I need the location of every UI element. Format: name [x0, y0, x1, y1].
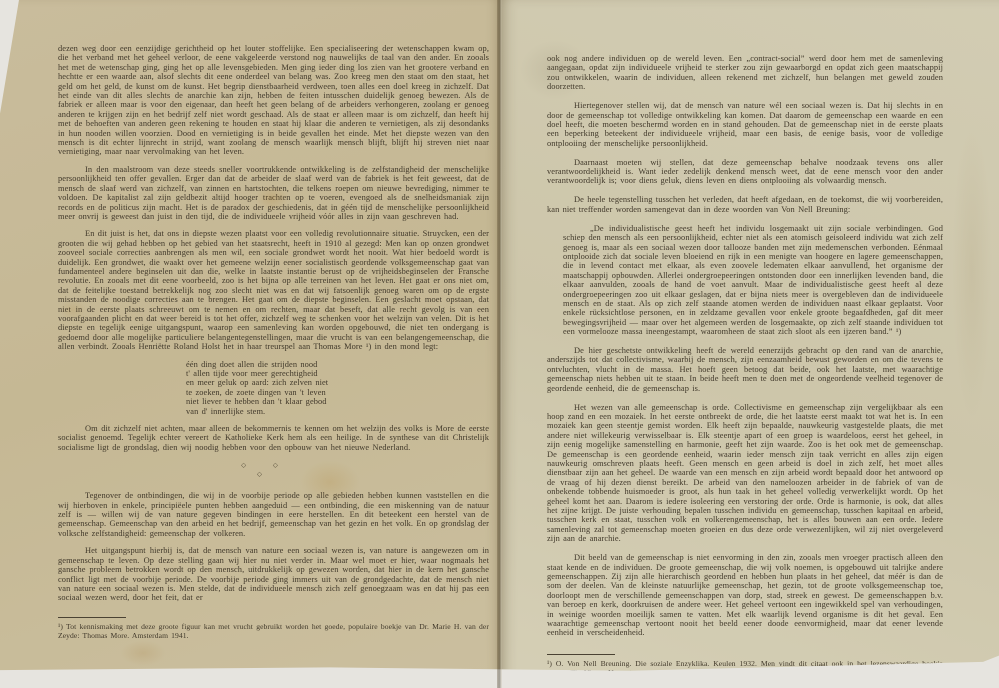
paragraph: ook nog andere individuen op de wereld l… — [547, 54, 943, 92]
paragraph: Tegenover de ontbindingen, die wij in de… — [58, 491, 489, 538]
page-right: ook nog andere individuen op de wereld l… — [500, 0, 999, 688]
paper-sheet: dezen weg door een eenzijdige gerichthei… — [0, 0, 999, 688]
paragraph: De hier geschetste ontwikkeling heeft de… — [547, 346, 943, 393]
paragraph: De heele tegenstelling tusschen het verl… — [547, 195, 943, 214]
footnote: ¹) Tot kennismaking met deze groote figu… — [58, 623, 489, 641]
paragraph: dezen weg door een eenzijdige gerichthei… — [58, 44, 489, 157]
paragraph: Het uitgangspunt hierbij is, dat de mens… — [58, 546, 489, 602]
scanned-document: { "page": { "background": "#e6e4df", "pa… — [0, 0, 999, 688]
footnote-block: ¹) O. Von Nell Breuning. Die soziale Enz… — [547, 654, 943, 678]
paragraph: Dit beeld van de gemeenschap is niet een… — [547, 553, 943, 638]
footnote-block: ¹) Tot kennismaking met deze groote figu… — [58, 617, 489, 641]
poem-block: één ding doet allen die strijden nood t'… — [186, 360, 489, 416]
footnote-divider — [547, 654, 615, 655]
paragraph: Het wezen van alle gemeenschap is orde. … — [547, 403, 943, 544]
page-left: dezen weg door een eenzijdige gerichthei… — [0, 0, 500, 688]
paragraph: Om dit zichzelf niet achten, maar alleen… — [58, 424, 489, 452]
diamond-icon: ◇ — [257, 471, 262, 479]
paragraph: In den maalstroom van deze steeds snelle… — [58, 165, 489, 221]
footnote-divider — [58, 617, 126, 618]
diamond-ornament: ◇ ◇ ◇ — [58, 462, 461, 479]
paragraph: Hiertegenover stellen wij, dat de mensch… — [547, 101, 943, 148]
quote-block: „De individualistische geest heeft het i… — [563, 224, 943, 337]
diamond-icon: ◇ ◇ — [229, 462, 290, 470]
paragraph: Daarnaast moeten wij stellen, dat deze g… — [547, 158, 943, 186]
paragraph: En dit juist is het, dat ons in diepste … — [58, 229, 489, 351]
footnote: ¹) O. Von Nell Breuning. Die soziale Enz… — [547, 660, 943, 678]
